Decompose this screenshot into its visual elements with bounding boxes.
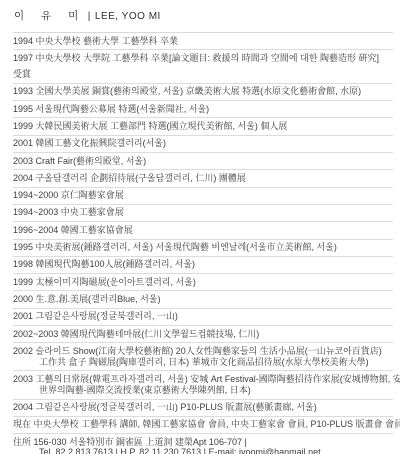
cv-row-education-1997: 1997 中央大學校 大學院 工藝學科 卒業[論文題目: 救援의 時間과 空間에…: [13, 50, 393, 66]
name-separator: |: [88, 11, 91, 22]
cv-row-group-2003: 2003 工藝의日常展(韓電프라자갤러리, 서울) 安城 Art Festiva…: [13, 371, 393, 399]
cv-row-text-cont: 工作共 盒子 陶磁展(陶庫갤러리, 日本) 華城市文化商品招待展(水原大學校美術…: [13, 357, 393, 368]
cv-row-text: 1994~2000 京仁陶藝家會展: [13, 190, 393, 201]
cv-row-text: 1993 全國大學美展 銅賞(藝術의殿堂, 서울) 京畿美術大展 特選(水原文化…: [13, 86, 393, 97]
cv-row-text: 現在 中央大學校 工藝學科 講師, 韓國工藝家協會 會員, 中央工藝家會 會員,…: [13, 419, 393, 430]
cv-row-text: 1997 中央大學校 大學院 工藝學科 卒業[論文題目: 救援의 時間과 空間에…: [13, 53, 393, 64]
cv-row-text: 2000 生.意.創.美展(갤러리Blue, 서울): [13, 294, 393, 305]
cv-row-group-1996-2004: 1996~2004 韓國工藝家協會展: [13, 222, 393, 239]
cv-row-text: 1999 太極이미지陶磁展(운이아트갤러리, 서울): [13, 277, 393, 288]
contact-phone-email: Tel. 82.2.813.7613 | H.P. 82.11.230.7613…: [13, 447, 393, 454]
cv-row-group-2001: 2001 그림같은사랑展(정글북갤러리, 一山): [13, 309, 393, 326]
cv-row-text: 1994~2003 中央工藝家會展: [13, 207, 393, 218]
cv-row-text: 1995 中央美術展(鍾路갤러리, 서울) 서울現代陶藝 비엔날레(서울市立美術…: [13, 242, 393, 253]
cv-row-text: 2001 韓國工藝文化振興院갤러리(서울): [13, 138, 393, 149]
cv-row-solo-2004: 2004 구올담갤러리 企劃招待展(구올담갤러리, 仁川) 團體展: [13, 170, 393, 187]
section-label-awards: 受賞: [13, 67, 393, 84]
cv-row-text: 2004 구올담갤러리 企劃招待展(구올담갤러리, 仁川) 團體展: [13, 173, 393, 184]
cv-row-text: 1994 中央大學校 藝術大學 工藝學科 卒業: [13, 36, 393, 47]
cv-row-award-1999: 1999 大韓民國美術大展 工藝部門 特選(國立現代美術館, 서울) 個人展: [13, 118, 393, 135]
cv-row-text: 2002~2003 韓國現代陶藝테마展(仁川文學월드컵競技場, 仁川): [13, 329, 393, 340]
cv-row-group-2002-2003: 2002~2003 韓國現代陶藝테마展(仁川文學월드컵競技場, 仁川): [13, 326, 393, 343]
cv-row-text: 2003 Craft Fair(藝術의殿堂, 서울): [13, 156, 393, 167]
cv-row-group-1994-2000: 1994~2000 京仁陶藝家會展: [13, 188, 393, 205]
cv-row-solo-2003: 2003 Craft Fair(藝術의殿堂, 서울): [13, 153, 393, 170]
cv-row-text: 2003 工藝의日常展(韓電프라자갤러리, 서울) 安城 Art Festiva…: [13, 374, 393, 385]
cv-row-award-1995: 1995 서울現代陶藝公募展 特選(서울新聞社, 서울): [13, 101, 393, 118]
cv-row-solo-2001: 2001 韓國工藝文化振興院갤러리(서울): [13, 136, 393, 153]
cv-page: 이 유 미 | LEE, YOO MI 1994 中央大學校 藝術大學 工藝學科…: [0, 0, 400, 454]
cv-row-group-2004: 2004 그림같은사랑展(정글북갤러리, 一山) P10-PLUS 版畫展(藝脈…: [13, 400, 393, 417]
cv-row-group-1998: 1998 韓國現代陶藝100人展(鍾路갤러리, 서울): [13, 257, 393, 274]
cv-row-group-2000: 2000 生.意.創.美展(갤러리Blue, 서울): [13, 291, 393, 308]
cv-row-award-1993: 1993 全國大學美展 銅賞(藝術의殿堂, 서울) 京畿美術大展 特選(水原文化…: [13, 84, 393, 101]
page-header: 이 유 미 | LEE, YOO MI: [13, 5, 393, 33]
cv-row-current-positions: 現在 中央大學校 工藝學科 講師, 韓國工藝家協會 會員, 中央工藝家會 會員,…: [13, 417, 393, 434]
cv-row-text: 1995 서울現代陶藝公募展 特選(서울新聞社, 서울): [13, 104, 393, 115]
cv-row-text-cont: 世界의陶藝-國際交流授業(東京藝術大學陳列館, 日本): [13, 385, 393, 396]
cv-row-text: 1996~2004 韓國工藝家協會展: [13, 225, 393, 236]
cv-row-text: 2002 슬라이드 Show(江南大學校藝術館) 20人女性陶藝家들의 生活小品…: [13, 346, 393, 357]
cv-row-group-1999: 1999 太極이미지陶磁展(운이아트갤러리, 서울): [13, 274, 393, 291]
cv-row-education-1994: 1994 中央大學校 藝術大學 工藝學科 卒業: [13, 33, 393, 50]
cv-row-group-1995: 1995 中央美術展(鍾路갤러리, 서울) 서울現代陶藝 비엔날레(서울市立美術…: [13, 240, 393, 257]
cv-row-contact: 住所 156-030 서울特別市 銅雀區 上道洞 建榮Apt 106-707 |…: [13, 434, 393, 454]
cv-row-group-1994-2003: 1994~2003 中央工藝家會展: [13, 205, 393, 222]
cv-row-text: 2004 그림같은사랑展(정글북갤러리, 一山) P10-PLUS 版畫展(藝脈…: [13, 402, 393, 413]
contact-address: 住所 156-030 서울特別市 銅雀區 上道洞 建榮Apt 106-707 |: [13, 437, 393, 448]
artist-name-english: LEE, YOO MI: [95, 11, 161, 22]
cv-row-text: 受賞: [13, 69, 393, 80]
cv-row-text: 2001 그림같은사랑展(정글북갤러리, 一山): [13, 311, 393, 322]
artist-name-korean: 이 유 미: [14, 10, 85, 22]
cv-row-text: 1999 大韓民國美術大展 工藝部門 特選(國立現代美術館, 서울) 個人展: [13, 121, 393, 132]
cv-row-text: 1998 韓國現代陶藝100人展(鍾路갤러리, 서울): [13, 259, 393, 270]
cv-row-group-2002: 2002 슬라이드 Show(江南大學校藝術館) 20人女性陶藝家들의 生活小品…: [13, 343, 393, 371]
